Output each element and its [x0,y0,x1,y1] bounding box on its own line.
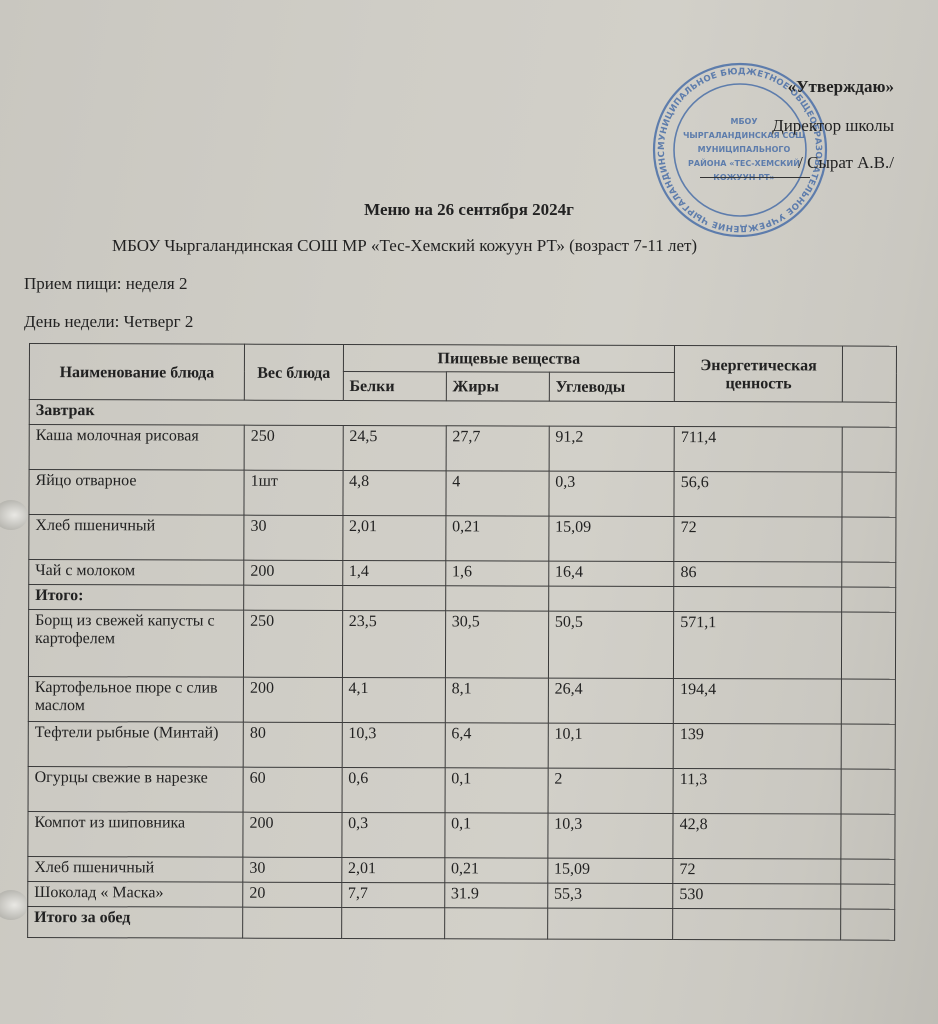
cell-extra [841,679,895,724]
cell-protein: 7,7 [341,882,444,907]
school-subtitle: МБОУ Чыргаландинская СОШ МР «Тес-Хемский… [112,236,697,256]
cell-fat: 30,5 [445,611,548,678]
cell-fat: 0,1 [445,813,548,858]
cell-weight: 60 [243,767,342,812]
header-weight: Вес блюда [244,344,343,400]
cell-extra [842,562,896,587]
cell-weight: 200 [243,677,342,722]
cell-energy: 711,4 [674,427,842,473]
breakfast-total-row: Итого: [29,585,896,613]
cell-fat: 4 [446,471,549,516]
cell-extra [841,859,895,884]
cell-fat: 8,1 [445,678,548,723]
cell-carbs: 0,3 [549,471,675,516]
punch-hole [0,890,28,920]
cell-protein: 2,01 [342,515,445,560]
cell-protein: 10,3 [342,722,445,767]
cell-carbs: 10,1 [548,723,674,768]
cell-fat: 6,4 [445,723,548,768]
cell-name: Шоколад « Маска» [28,881,243,907]
lunch-total-row: Итого за обед [28,906,895,940]
cell-carbs: 26,4 [548,678,674,723]
cell-protein: 2,01 [341,857,444,882]
cell-energy: 530 [673,884,841,910]
cell-weight: 80 [243,722,342,767]
total-cell [341,907,444,938]
table-row: Каша молочная рисовая25024,527,791,2711,… [29,425,896,473]
cell-weight: 30 [244,515,343,560]
cell-weight: 30 [243,857,342,882]
cell-carbs: 2 [548,768,674,813]
svg-text:МБОУ: МБОУ [730,117,757,126]
total-cell [243,907,342,938]
table-row: Шоколад « Маска»207,731.955,3530 [28,881,895,909]
table-row: Хлеб пшеничный302,010,2115,0972 [28,856,895,884]
punch-hole [0,500,28,530]
cell-energy: 72 [674,517,842,563]
total-label: Итого за обед [28,906,243,938]
cell-carbs: 15,09 [548,858,674,883]
cell-energy: 72 [673,859,841,885]
cell-weight: 200 [243,812,342,857]
header-nutrients: Пищевые вещества [343,344,675,372]
header-name: Наименование блюда [29,344,244,401]
cell-fat: 0,21 [445,516,548,561]
total-cell [244,585,343,610]
approval-block: «Утверждаю» Директор школы / Сырат А.В./ [772,78,894,171]
cell-weight: 1шт [244,470,343,515]
total-cell [674,587,842,613]
cell-extra [842,612,896,679]
cell-fat: 27,7 [446,426,549,471]
header-carbs: Углеводы [549,372,675,401]
cell-weight: 250 [244,425,343,470]
total-cell [547,908,673,939]
cell-carbs: 16,4 [548,561,674,586]
cell-carbs: 55,3 [547,883,673,908]
cell-carbs: 10,3 [548,813,674,858]
cell-energy: 86 [674,562,842,588]
cell-name: Компот из шиповника [28,811,243,857]
cell-energy: 11,3 [673,769,841,815]
cell-extra [841,724,895,769]
cell-extra [842,427,896,472]
cell-fat: 1,6 [445,561,548,586]
meal-week: Прием пищи: неделя 2 [24,274,187,294]
cell-weight: 200 [244,560,343,585]
weekday: День недели: Четверг 2 [24,312,193,332]
cell-name: Яйцо отварное [29,470,244,516]
cell-weight: 20 [243,882,342,907]
cell-name: Чай с молоком [29,560,244,586]
total-cell [445,586,548,611]
section-row-breakfast: Завтрак [29,400,896,428]
total-cell [841,909,895,940]
cell-protein: 0,3 [342,812,445,857]
total-cell [342,585,445,610]
cell-protein: 24,5 [343,425,446,470]
header-fat: Жиры [446,372,549,401]
cell-energy: 571,1 [674,612,842,680]
header-extra [843,346,897,402]
cell-name: Борщ из свежей капусты с картофелем [28,610,243,678]
table-row: Картофельное пюре с слив маслом2004,18,1… [28,676,895,724]
cell-protein: 4,1 [342,677,445,722]
cell-energy: 194,4 [673,679,841,725]
cell-fat: 0,1 [445,768,548,813]
table-row: Компот из шиповника2000,30,110,342,8 [28,811,895,859]
cell-protein: 23,5 [342,610,445,677]
cell-protein: 1,4 [342,560,445,585]
total-label: Итого: [29,585,244,611]
header-energy: Энергетическая ценность [674,346,842,403]
cell-protein: 4,8 [343,470,446,515]
director-signature: / Сырат А.В./ [772,154,894,171]
cell-energy: 56,6 [674,472,842,518]
cell-fat: 31.9 [444,883,547,908]
total-cell [444,908,547,939]
director-position: Директор школы [772,117,894,134]
approve-label: «Утверждаю» [772,78,894,95]
menu-table: Наименование блюда Вес блюда Пищевые вещ… [27,343,897,941]
cell-name: Хлеб пшеничный [29,515,244,561]
cell-name: Каша молочная рисовая [29,425,244,471]
page-title: Меню на 26 сентября 2024г [0,200,938,220]
cell-carbs: 15,09 [549,516,675,561]
cell-energy: 139 [673,724,841,770]
cell-name: Хлеб пшеничный [28,856,243,882]
section-label: Завтрак [29,400,896,428]
cell-name: Тефтели рыбные (Минтай) [28,721,243,767]
cell-weight: 250 [244,610,343,677]
signature-line [700,177,810,178]
table-row: Хлеб пшеничный302,010,2115,0972 [29,515,896,563]
cell-carbs: 50,5 [548,611,674,678]
cell-extra [841,814,895,859]
table-row: Борщ из свежей капусты с картофелем25023… [28,610,895,680]
cell-extra [841,884,895,909]
cell-energy: 42,8 [673,814,841,860]
total-cell [842,587,896,612]
total-cell [673,909,841,941]
cell-name: Огурцы свежие в нарезке [28,766,243,812]
cell-carbs: 91,2 [549,426,675,471]
cell-fat: 0,21 [444,858,547,883]
cell-extra [841,769,895,814]
cell-name: Картофельное пюре с слив маслом [28,676,243,722]
cell-extra [842,472,896,517]
header-protein: Белки [343,371,446,400]
table-row: Тефтели рыбные (Минтай)8010,36,410,1139 [28,721,895,769]
table-row: Чай с молоком2001,41,616,486 [29,560,896,588]
cell-protein: 0,6 [342,767,445,812]
total-cell [548,586,674,611]
table-row: Огурцы свежие в нарезке600,60,1211,3 [28,766,895,814]
document-page: МУНИЦИПАЛЬНОЕ БЮДЖЕТНОЕ ОБЩЕОБРАЗОВАТЕЛЬ… [0,0,938,1024]
table-row: Яйцо отварное1шт4,840,356,6 [29,470,896,518]
cell-extra [842,517,896,562]
